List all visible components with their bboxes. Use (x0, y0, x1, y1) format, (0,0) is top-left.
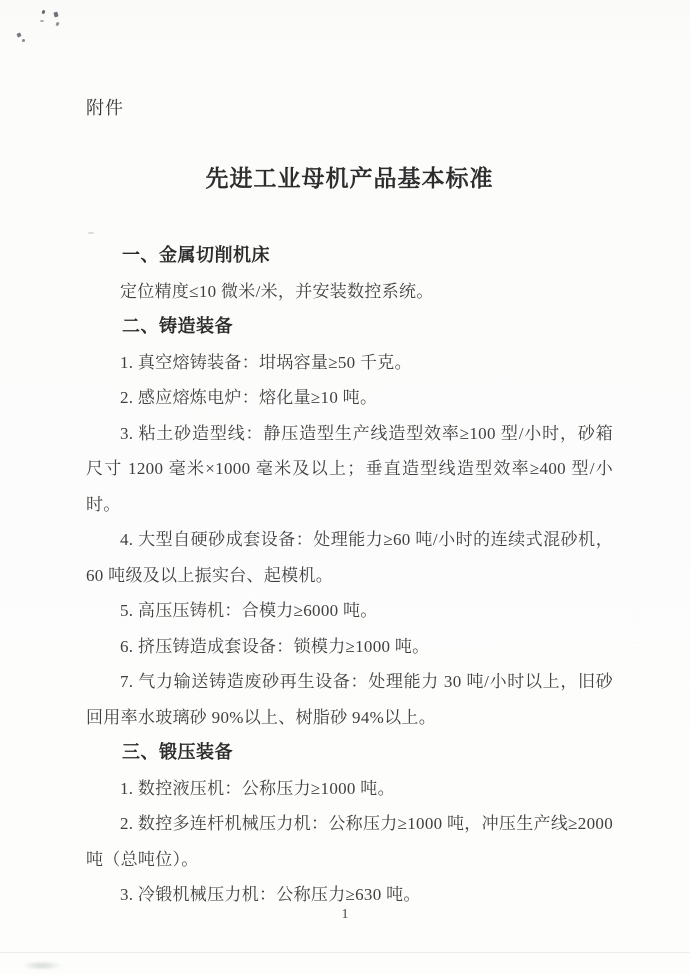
attachment-label: 附件 (86, 96, 613, 120)
section-heading-metal-cutting: 一、金属切削机床 (86, 238, 613, 274)
scanned-document-page: 附件 先进工业母机产品基本标准 一、金属切削机床 定位精度≤10 微米/米，并安… (0, 0, 690, 974)
paragraph: 2. 数控多连杆机械压力机：公称压力≥1000 吨，冲压生产线≥2000 吨（总… (86, 806, 613, 877)
document-title: 先进工业母机产品基本标准 (86, 162, 613, 194)
paragraph: 6. 挤压铸造成套设备：锁模力≥1000 吨。 (86, 629, 613, 665)
ink-speck (55, 22, 60, 27)
scan-edge-area (0, 953, 690, 974)
document-content: 一、金属切削机床 定位精度≤10 微米/米，并安装数控系统。 二、铸造装备 1.… (86, 238, 613, 913)
paragraph: 定位精度≤10 微米/米，并安装数控系统。 (86, 274, 613, 310)
scan-smudge (22, 961, 62, 970)
paragraph: 1. 数控液压机：公称压力≥1000 吨。 (86, 771, 613, 807)
paragraph: 3. 粘土砂造型线：静压造型生产线造型效率≥100 型/小时，砂箱尺寸 1200… (86, 416, 613, 523)
page-number: 1 (342, 907, 349, 922)
paragraph: 5. 高压压铸机：合模力≥6000 吨。 (86, 593, 613, 629)
ink-speck (41, 10, 45, 15)
paragraph: 4. 大型自硬砂成套设备：处理能力≥60 吨/小时的连续式混砂机，60 吨级及以… (86, 522, 613, 593)
page-footer: 1 (0, 905, 690, 923)
paragraph: 7. 气力输送铸造废砂再生设备：处理能力 30 吨/小时以上，旧砂回用率水玻璃砂… (86, 664, 613, 735)
ink-speck (22, 39, 25, 42)
paragraph: 2. 感应熔炼电炉：熔化量≥10 吨。 (86, 380, 613, 416)
section-heading-forging-equipment: 三、锻压装备 (86, 735, 613, 771)
ink-speck (16, 32, 21, 37)
document-body: 附件 先进工业母机产品基本标准 一、金属切削机床 定位精度≤10 微米/米，并安… (86, 0, 613, 913)
section-heading-casting-equipment: 二、铸造装备 (86, 309, 613, 345)
ink-speck (53, 12, 58, 18)
paragraph: 1. 真空熔铸装备：坩埚容量≥50 千克。 (86, 345, 613, 381)
ink-speck (40, 20, 44, 22)
